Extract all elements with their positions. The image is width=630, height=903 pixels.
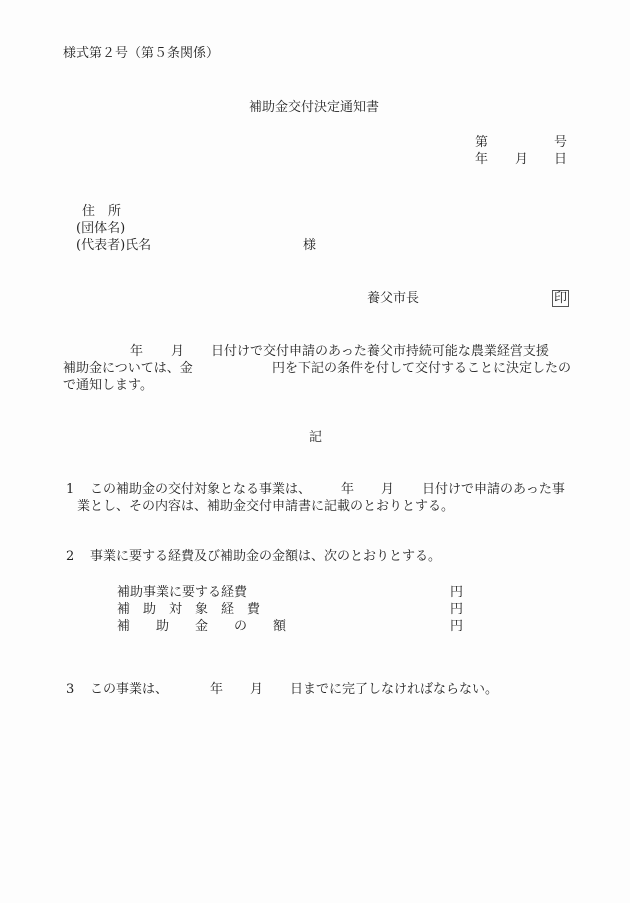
doc-number-dai: 第: [475, 136, 488, 149]
item1-line2: 業とし、その内容は、補助金交付申請書に記載のとおりとする。: [77, 500, 454, 513]
address-label: 住 所: [82, 205, 121, 218]
organization-label: (団体名): [76, 222, 125, 235]
body-line1-text: 日付けで交付申請のあった養父市持続可能な農業経営支援: [211, 345, 549, 358]
seal-stamp: 印: [552, 290, 569, 307]
cost-row-unit: 円: [450, 586, 463, 599]
date-year-label: 年: [475, 153, 488, 166]
item3-text-start: この事業は、: [90, 683, 168, 696]
item1-text-start: この補助金の交付対象となる事業は、: [90, 483, 311, 496]
subsidy-amount-row-unit: 円: [450, 620, 463, 633]
eligible-cost-row-label: 補 助 対 象 経 費: [117, 603, 260, 616]
cost-row-label: 補助事業に要する経費: [117, 586, 247, 599]
eligible-cost-row-unit: 円: [450, 603, 463, 616]
item3-text-rest: 日までに完了しなければならない。: [290, 683, 498, 696]
body-year-label: 年: [130, 345, 143, 358]
seal-icon: 印: [552, 290, 569, 307]
ki-heading: 記: [309, 431, 322, 444]
issuer-name: 養父市長: [367, 292, 419, 305]
item1-month-label: 月: [381, 483, 394, 496]
date-month-label: 月: [515, 153, 528, 166]
item3-month-label: 月: [250, 683, 263, 696]
body-month-label: 月: [171, 345, 184, 358]
doc-number-go: 号: [554, 136, 567, 149]
document-title: 補助金交付決定通知書: [249, 101, 379, 114]
representative-name-label: (代表者)氏名: [76, 239, 151, 252]
form-number-label: 様式第２号（第５条関係）: [63, 47, 219, 60]
subsidy-amount-row-label: 補 助 金 の 額: [117, 620, 286, 633]
body-line2-start: 補助金については、金: [63, 362, 193, 375]
body-line2-rest: 円を下記の条件を付して交付することに決定したの: [272, 362, 571, 375]
date-day-label: 日: [554, 153, 567, 166]
honorific-sama: 様: [303, 239, 316, 252]
item1-number: 1: [66, 483, 74, 496]
item1-text-rest: 日付けで申請のあった事: [422, 483, 565, 496]
item2-text: 事業に要する経費及び補助金の金額は、次のとおりとする。: [90, 550, 441, 563]
item3-number: 3: [66, 683, 74, 696]
item1-year-label: 年: [341, 483, 354, 496]
body-line3: で通知します。: [63, 379, 153, 392]
item2-number: 2: [66, 550, 74, 563]
item3-year-label: 年: [210, 683, 223, 696]
